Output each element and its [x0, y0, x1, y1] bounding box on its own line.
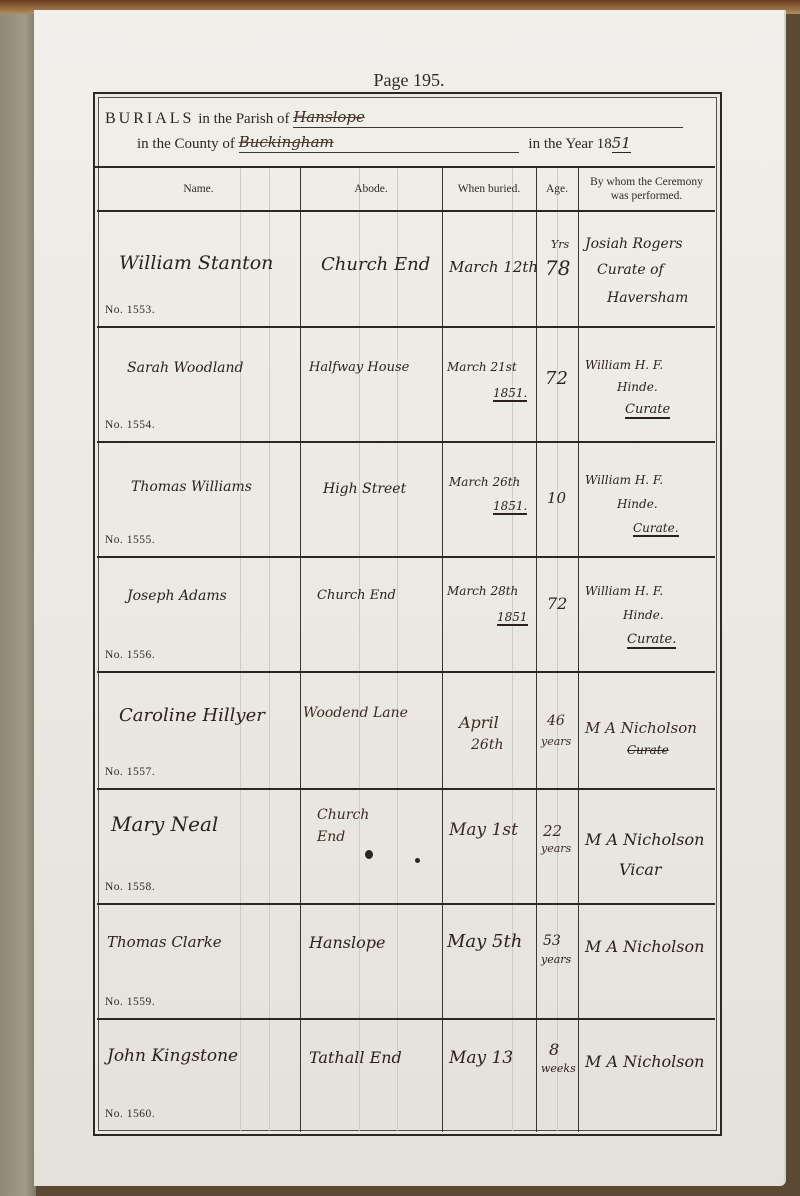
entry-age-unit: years [541, 953, 571, 966]
entry-name: John Kingstone [107, 1046, 238, 1066]
entry-number: No. 1559. [105, 996, 155, 1008]
entry-number: No. 1554. [105, 419, 155, 431]
heading-parish-label: in the Parish of [194, 111, 293, 127]
entry-number: No. 1560. [105, 1108, 155, 1120]
entry-name: Caroline Hillyer [119, 705, 265, 726]
entry-officiant-line: M A Nicholson [585, 937, 704, 956]
entry-number: No. 1557. [105, 766, 155, 778]
header-by-whom: By whom the Ceremony was performed. [578, 168, 715, 210]
entry-age: 8 [549, 1040, 559, 1059]
entry-name: Thomas Clarke [107, 933, 222, 951]
table-header: Name. Abode. When buried. Age. By whom t… [97, 168, 715, 212]
entry-age: 46 [547, 713, 565, 729]
entry-name: Joseph Adams [127, 588, 227, 604]
entry-officiant-line: Curate. [627, 632, 676, 649]
entry-name: Thomas Williams [131, 479, 252, 495]
burials-table: Name. Abode. When buried. Age. By whom t… [97, 168, 715, 1132]
entry-when-buried: March 21st [447, 360, 517, 374]
year-label: in the Year 18 [528, 136, 611, 152]
entry-officiant-line: Curate. [633, 521, 679, 537]
heading-line-parish: BURIALS in the Parish of Hanslope [105, 108, 683, 128]
entry-abode: Hanslope [309, 933, 385, 952]
county-value: Buckingham [239, 133, 334, 151]
table-row: Thomas Williams No. 1555. High Street Ma… [97, 443, 715, 558]
entry-number: No. 1555. [105, 534, 155, 546]
year-value: 51 [612, 134, 631, 153]
entry-age-unit: weeks [541, 1062, 576, 1075]
entry-abode: Halfway House [309, 360, 409, 375]
table-row: Joseph Adams No. 1556. Church End March … [97, 558, 715, 673]
entry-officiant-line: M A Nicholson [585, 830, 704, 849]
entry-age-unit: Yrs [551, 238, 569, 251]
header-name: Name. [97, 168, 300, 218]
header-age: Age. [536, 168, 578, 210]
entry-abode: Woodend Lane [303, 705, 408, 721]
entry-officiant-line: Curate [627, 743, 669, 757]
entry-officiant-line: Hinde. [617, 380, 658, 394]
county-label: in the County of [137, 136, 239, 152]
entry-officiant-line: M A Nicholson [585, 719, 697, 737]
heading-burials: BURIALS [105, 110, 194, 127]
entry-when-buried: May 5th [447, 931, 522, 952]
entry-number: No. 1558. [105, 881, 155, 893]
entry-burial-day: 26th [471, 737, 503, 753]
header-when-buried: When buried. [442, 168, 536, 210]
entry-officiant-line: Vicar [619, 860, 662, 879]
entry-when-buried: March 28th [447, 584, 518, 598]
entry-age: 53 [543, 933, 561, 949]
entry-number: No. 1556. [105, 649, 155, 661]
entry-name: Sarah Woodland [127, 360, 244, 376]
register-heading: BURIALS in the Parish of Hanslope in the… [95, 96, 715, 168]
county-field: Buckingham [239, 133, 519, 153]
entry-officiant-line: M A Nicholson [585, 1052, 704, 1071]
entry-name: William Stanton [119, 252, 273, 274]
parish-field: Hanslope [293, 108, 683, 128]
entry-burial-year: 1851. [493, 499, 527, 515]
entry-officiant-line: William H. F. [585, 584, 663, 598]
entry-officiant-line: Curate [625, 402, 670, 419]
entry-age: 22 [543, 822, 562, 840]
entry-number: No. 1553. [105, 304, 155, 316]
table-row: Sarah Woodland No. 1554. Halfway House M… [97, 328, 715, 443]
entry-when-buried: April [459, 713, 499, 732]
entry-age: 72 [545, 368, 568, 389]
entry-age: 10 [547, 489, 566, 507]
entry-age-unit: years [541, 842, 571, 855]
entry-burial-year: 1851 [497, 610, 528, 626]
entry-burial-year: 1851. [493, 386, 527, 402]
entry-age: 72 [547, 594, 567, 613]
table-row: Thomas Clarke No. 1559. Hanslope May 5th… [97, 905, 715, 1020]
entry-when-buried: May 13 [449, 1048, 513, 1068]
parish-value: Hanslope [293, 108, 365, 126]
table-row: John Kingstone No. 1560. Tathall End May… [97, 1020, 715, 1130]
entry-officiant-line: William H. F. [585, 358, 663, 372]
ink-blot [365, 850, 373, 859]
entry-officiant-line: Curate of [597, 262, 664, 278]
entry-abode: Tathall End [309, 1048, 402, 1067]
ink-blot [415, 858, 420, 863]
entry-officiant-line: Hinde. [617, 497, 658, 511]
entry-when-buried: March 26th [449, 475, 520, 489]
entry-abode: High Street [323, 481, 406, 497]
entry-name: Mary Neal [111, 812, 218, 836]
heading-line-county: in the County of Buckingham in the Year … [137, 133, 631, 153]
header-abode: Abode. [300, 168, 442, 214]
entry-when-buried: May 1st [449, 820, 518, 840]
entry-age-unit: years [541, 735, 571, 748]
entry-age: 78 [545, 256, 570, 280]
table-row: Mary Neal No. 1558. Church End May 1st 2… [97, 790, 715, 905]
entry-abode: Church End [317, 588, 396, 603]
entry-officiant-line: Josiah Rogers [585, 236, 683, 252]
table-row: William Stanton No. 1553. Church End Mar… [97, 212, 715, 328]
entry-officiant-line: Hinde. [623, 608, 664, 622]
page-number: Page 195. [34, 70, 784, 91]
table-row: Caroline Hillyer No. 1557. Woodend Lane … [97, 673, 715, 790]
entry-officiant-line: Haversham [607, 290, 688, 306]
book-spine-edge [0, 0, 36, 1196]
entry-abode: Church End [321, 254, 430, 275]
entry-abode: Church End [317, 804, 377, 848]
entry-officiant-line: William H. F. [585, 473, 663, 487]
entry-when-buried: March 12th [449, 258, 538, 276]
